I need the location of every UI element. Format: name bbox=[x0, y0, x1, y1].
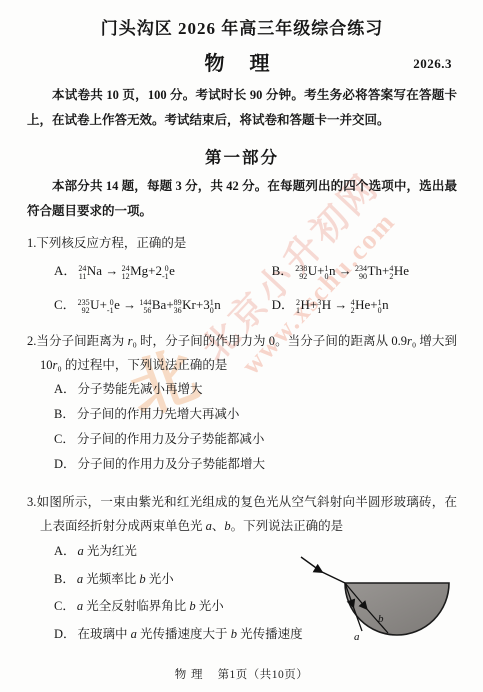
section-heading: 第一部分 bbox=[27, 144, 457, 168]
option-equation: 2411Na → 2412Mg+20-1e bbox=[78, 263, 175, 278]
option-b: B．分子间的作用力先增大再减小 bbox=[54, 402, 457, 427]
option-b: B．23892U+10n → 23490Th+42He bbox=[272, 260, 457, 280]
option-label: A． bbox=[54, 263, 76, 278]
option-label: C． bbox=[54, 297, 76, 312]
option-label: B． bbox=[272, 263, 294, 278]
option-text: 分子势能先减小再增大 bbox=[78, 382, 203, 396]
option-b: B．a 光频率比 b 光小 bbox=[54, 566, 327, 594]
option-c: C．23592U+0-1e → 14456Ba+8936Kr+310n bbox=[54, 294, 272, 314]
question-3: 3.如图所示，一束由紫光和红光组成的复色光从空气斜射向半圆形玻璃砖，在上表面经折… bbox=[27, 490, 457, 648]
question-3-options: A．a 光为红光 B．a 光频率比 b 光小 C．a 光全反射临界角比 b 光小… bbox=[27, 538, 327, 648]
question-2: 2.当分子间距离为 r₀ 时，分子间的作用力为 0。当分子间的距离从 0.9r₀… bbox=[27, 329, 457, 477]
option-label: D． bbox=[54, 457, 76, 471]
option-label: A． bbox=[54, 544, 76, 558]
page-footer: 物 理第1页（共10页） bbox=[0, 666, 483, 682]
option-c: C．a 光全反射临界角比 b 光小 bbox=[54, 593, 327, 621]
option-text: 在玻璃中 a 光传播速度大于 b 光传播速度 bbox=[78, 627, 303, 641]
footer-subject: 物 理 bbox=[175, 669, 204, 681]
option-equation: 23592U+0-1e → 14456Ba+8936Kr+310n bbox=[78, 297, 221, 312]
option-label: B． bbox=[54, 572, 75, 586]
option-text: 分子间的作用力先增大再减小 bbox=[77, 407, 240, 421]
footer-page-number: 第1页（共10页） bbox=[218, 669, 309, 681]
incident-ray bbox=[301, 557, 345, 583]
exam-instructions: 本试卷共 10 页，100 分。考试时长 90 分钟。考生务必将答案写在答题卡上… bbox=[27, 83, 457, 133]
option-label: C． bbox=[54, 432, 75, 446]
question-2-options: A．分子势能先减小再增大 B．分子间的作用力先增大再减小 C．分子间的作用力及分… bbox=[27, 377, 457, 477]
option-label: B． bbox=[54, 407, 75, 421]
question-2-stem: 2.当分子间距离为 r₀ 时，分子间的作用力为 0。当分子间的距离从 0.9r₀… bbox=[27, 329, 457, 377]
option-text: 分子间的作用力及分子势能都增大 bbox=[78, 457, 266, 471]
option-d: D．分子间的作用力及分子势能都增大 bbox=[54, 452, 457, 477]
exam-page: 北 北京小升初网 www.xschu.com 门头沟区 2026 年高三年级综合… bbox=[0, 0, 483, 692]
option-label: A． bbox=[54, 382, 76, 396]
question-3-stem: 3.如图所示，一束由紫光和红光组成的复色光从空气斜射向半圆形玻璃砖，在上表面经折… bbox=[27, 490, 457, 538]
option-a: A．2411Na → 2412Mg+20-1e bbox=[54, 260, 272, 280]
question-1: 1.下列核反应方程，正确的是 A．2411Na → 2412Mg+20-1e B… bbox=[27, 231, 457, 314]
subject-title: 物 理 bbox=[27, 47, 457, 76]
option-equation: 23892U+10n → 23490Th+42He bbox=[295, 263, 409, 278]
option-text: 分子间的作用力及分子势能都减小 bbox=[77, 432, 265, 446]
question-1-stem: 1.下列核反应方程，正确的是 bbox=[27, 231, 457, 255]
option-text: a 光为红光 bbox=[78, 544, 137, 558]
exam-title: 门头沟区 2026 年高三年级综合练习 bbox=[27, 14, 457, 39]
option-text: a 光全反射临界角比 b 光小 bbox=[77, 599, 224, 613]
option-a: A．分子势能先减小再增大 bbox=[54, 377, 457, 402]
option-equation: 21H+31H → 42He+10n bbox=[296, 297, 389, 312]
ray-a-label: a bbox=[354, 631, 360, 643]
option-c: C．分子间的作用力及分子势能都减小 bbox=[54, 427, 457, 452]
question-1-options: A．2411Na → 2412Mg+20-1e B．23892U+10n → 2… bbox=[27, 260, 457, 314]
option-d: D．在玻璃中 a 光传播速度大于 b 光传播速度 bbox=[54, 621, 327, 649]
refraction-figure: a b bbox=[295, 552, 463, 648]
exam-date: 2026.3 bbox=[413, 56, 452, 72]
option-label: D． bbox=[272, 297, 294, 312]
ray-b-label: b bbox=[378, 613, 384, 625]
option-d: D．21H+31H → 42He+10n bbox=[272, 294, 457, 314]
option-label: D． bbox=[54, 627, 76, 641]
subject-row: 物 理 2026.3 bbox=[27, 47, 457, 77]
option-a: A．a 光为红光 bbox=[54, 538, 327, 566]
section-instructions: 本部分共 14 题，每题 3 分，共 42 分。在每题列出的四个选项中，选出最符… bbox=[27, 174, 457, 224]
option-text: a 光频率比 b 光小 bbox=[77, 572, 174, 586]
option-label: C． bbox=[54, 599, 75, 613]
